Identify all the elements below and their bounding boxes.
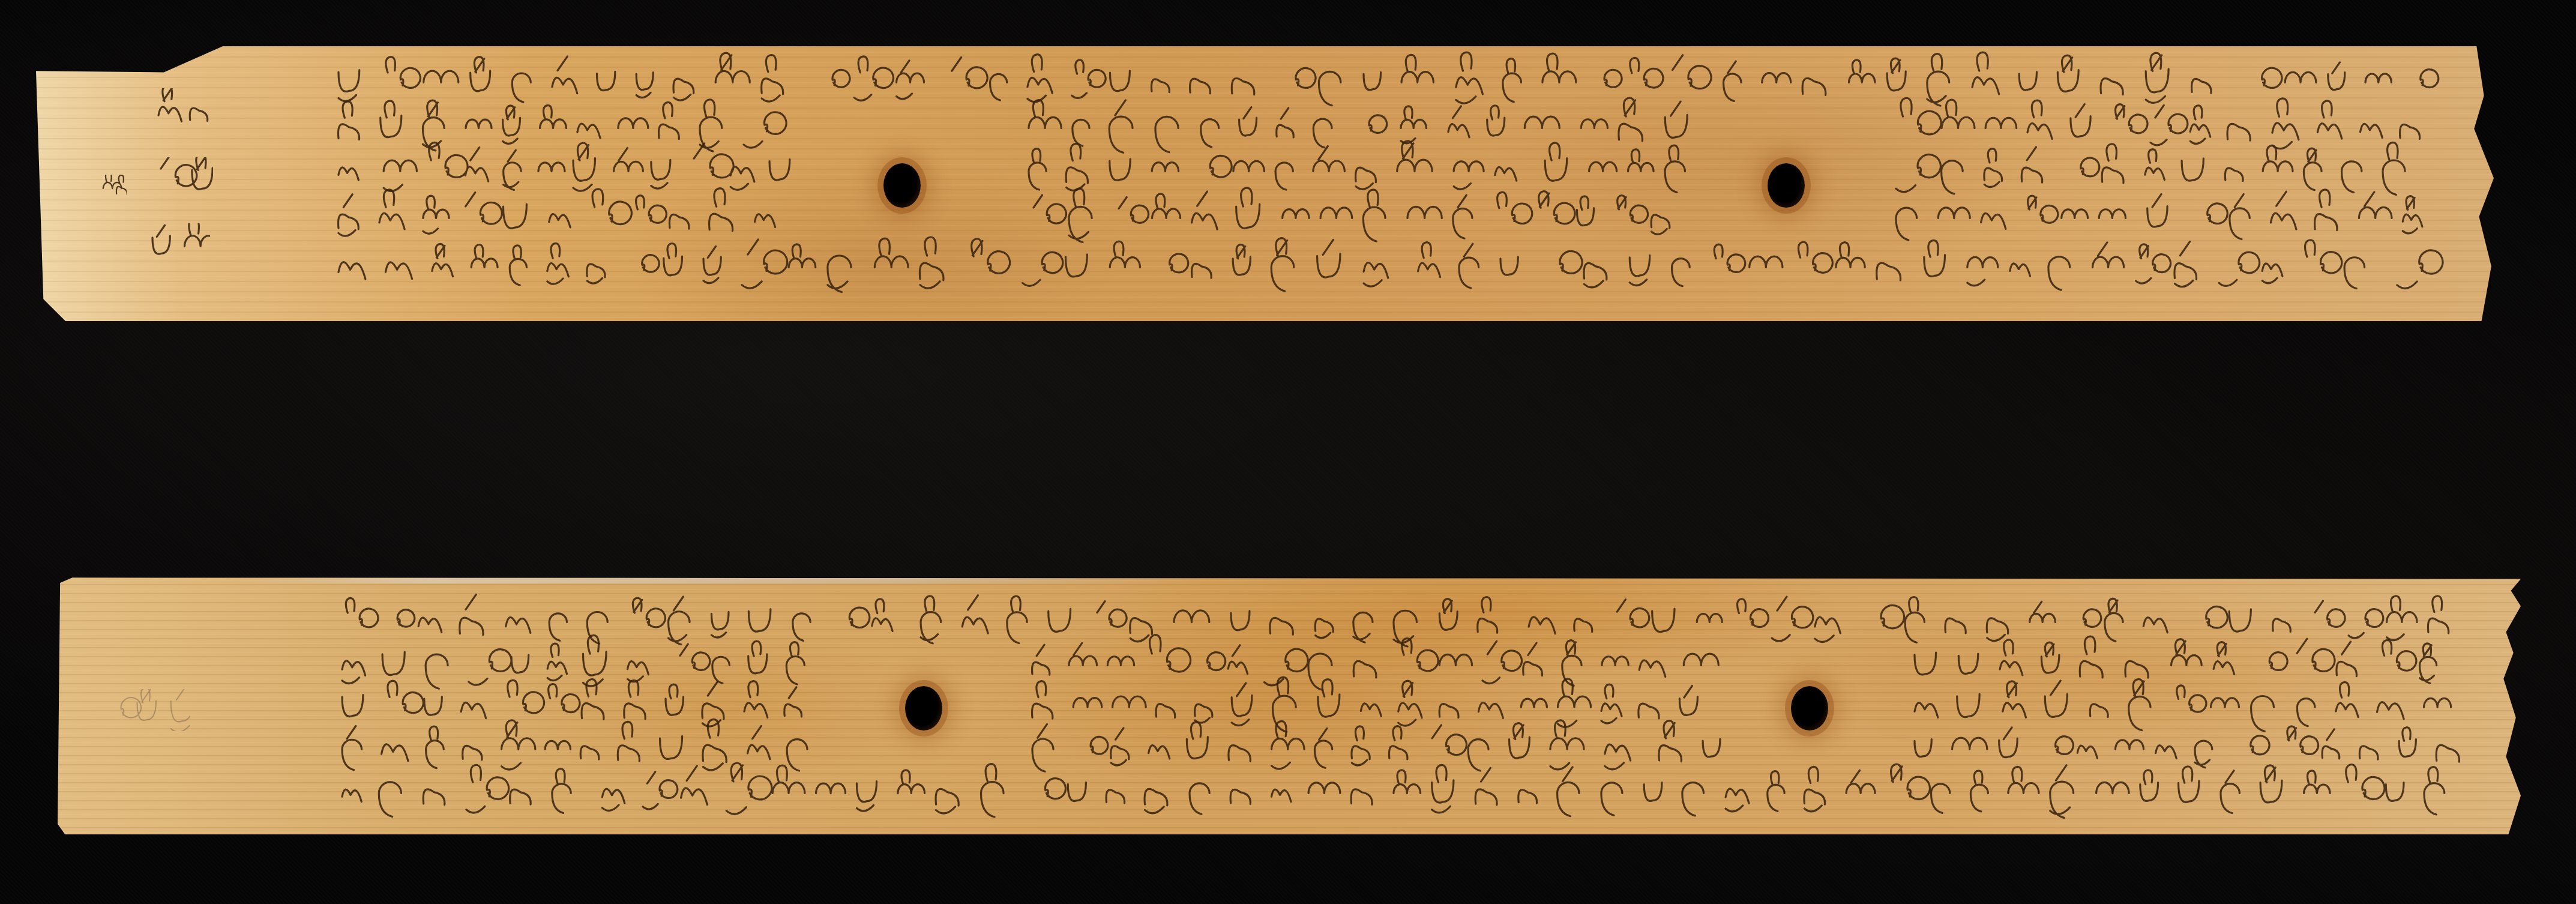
text-line-3-middle: ဿ၁ဂံဂဏ္ဍိဂြိ ဝေဝဒ၁ဝ ဝည္ဏိဏံ ဝည္ဇူဟိဝေဝေ … — [1026, 148, 1699, 190]
handwritten-script-strokes — [101, 175, 127, 200]
text-line-1: ဝေ၁ကိ ယ၁ဝ သ၁ ခသကံဂြုဏ္ဍသိဂ ဖြ ဏုဂြ ဝ ဿ၁ … — [340, 599, 2464, 641]
handwritten-script-strokes — [340, 642, 820, 684]
text-line-2-left: ဇ္ဈိးဧသေ ခဘဝေဂိဂိဂြိ ဇဂ္ဂဝေ ဒ္ဒံ — [336, 105, 792, 147]
text-line-4-right: ဒ္ဒ ဒ္ဒ ပံ ဿလ ဿ္ဂြိဂြိ ဟံ သဂ္ဂ ယ္ဃ ဂပ္ပ … — [1912, 726, 2452, 768]
handwritten-script-strokes — [336, 244, 2425, 286]
palm-leaf-folio-2: ဝေ၁ကိ ယ၁ဝ သ၁ ခသကံဂြုဏ္ဍသိဂ ဖြ ဏုဂြ ဝ ဿ၁ … — [58, 575, 2521, 834]
text-line-4-left: ဏံ ယ္ဃဝေဏ္ဏံ ဒ္ဒြိကိ ဟိမ္ဗုဒ္ဒြိဗုဂမှာတ္… — [336, 195, 792, 237]
handwritten-script-strokes — [1030, 726, 1726, 768]
handwritten-script-strokes — [340, 684, 820, 726]
handwritten-script-strokes — [1912, 726, 2452, 768]
binding-hole-left — [905, 686, 942, 731]
handwritten-script-strokes — [336, 195, 792, 237]
handwritten-script-strokes — [1894, 148, 2422, 190]
handwritten-script-strokes — [1026, 105, 1699, 147]
text-line-4-right: ဂြုဏ္ဍ ဘဝ ဿ၁ ကီ ဇ္ဈိး ဘဝေ ပိဂိ ဂြ ဇဂ္ဂ — [1894, 195, 2422, 237]
handwritten-script-strokes — [1894, 105, 2422, 147]
text-line-4-left: ဝံ ဂဏ္ဍိ ပိ ဂ္ဂ ယ္ဃ ဒိ ဗွ ဒဌ ဝေ ပိ ဟံ ဝေ… — [340, 726, 820, 768]
handwritten-script-strokes — [1912, 642, 2452, 684]
binding-hole-right — [1768, 163, 1805, 208]
text-line-3-middle: ဝေ၁ ပဂ္ဂဝဂ္ဂ ဝေ၁ ဝံဂြိမှ၁ဝ ဝဏ္ဍံ ပိလံ ဥ … — [1030, 684, 1726, 726]
text-line-2-middle: ဝဏံ ဒ္ဒြိကိ ဟိမ္ဗုဒ္ဒြိဗုဂမှာတ္တံဋိ ဇဂ္ဂ… — [1030, 642, 1726, 684]
text-line-5: ဟိမ္ဗုဒ္ဒြိ မဗုဂ ယ မှ၁ တ္တံ ပိ ဇဂ္ဂ ဥပဥ္… — [340, 770, 2464, 812]
text-line-2-right: ယ္ဃ ဒဌကိဥ္စိဿဂပဝတိဉ္ဇ ဟုကဓ ဒဌဘိပ္ပဂိဒိတ် — [1894, 105, 2422, 147]
handwritten-script-strokes — [1026, 195, 1699, 237]
text-line-3-left: ဇ္ဈူဿဟိဗေ္ဗဂိ သဏ္ဏခပ္ပဂ၁ဝေဝဓုကို — [336, 148, 792, 190]
margin-numeral — [153, 157, 213, 199]
text-line-2-right: ဝေ၁ ယ၁ဝ သ၁ သကံ ဂြုဏ္ဍသိဂ သ၁ ဿ္ဒ၁ ဖြ — [1912, 642, 2452, 684]
handwritten-script-strokes — [1026, 148, 1699, 190]
handwritten-script-strokes — [153, 157, 213, 199]
handwritten-script-strokes — [340, 770, 2464, 812]
margin-numeral — [150, 223, 210, 265]
handwritten-script-strokes — [1912, 684, 2452, 726]
binding-hole-right — [1791, 686, 1828, 731]
text-line-1: ဋ္ဋပါဟုဒ္ဒြိကဏ္ဍဝေဠ္ဌိဝလဝေဿယ္ယဿကဋ္ဌိယဝေဝ… — [336, 59, 2425, 101]
text-line-3-right: ဏ၁ဇ္ဈူ၁ ဂုဒ္ဒသဉ္စ ယ္ဃံမှ မှဟ၁ ဂြဏ္ဍိ ဏံဟ… — [1894, 148, 2422, 190]
margin-note — [101, 175, 127, 200]
handwritten-script-strokes — [150, 223, 210, 265]
pencil-margin-note — [100, 689, 190, 731]
margin-numeral — [156, 88, 210, 130]
handwritten-script-strokes — [1030, 642, 1726, 684]
handwritten-script-strokes — [340, 726, 820, 768]
handwritten-script-strokes — [1894, 195, 2422, 237]
handwritten-script-strokes — [336, 59, 2425, 101]
handwritten-script-strokes — [1030, 684, 1726, 726]
text-line-2-left: ဏ္ဍ ဟ ဃဂ္ဂ တဒိ ကဏ္ဍ ကြိဟံ ဝဏံဂိ — [340, 642, 820, 684]
handwritten-script-strokes — [340, 599, 2464, 641]
text-line-4-middle: ဒိ ဝေဿ၁ ဒမ္ဗ ဒဂ္ဂ ယ္ဃ ဒဗြိ ဆ ဂ္ဂြိ ဖြ ဒ္… — [1030, 726, 1726, 768]
handwritten-script-strokes — [336, 148, 792, 190]
handwritten-script-strokes — [156, 88, 210, 130]
binding-hole-left — [883, 163, 921, 208]
palm-leaf-folio-1: ဋ္ဋပါဟုဒ္ဒြိကဏ္ဍဝေဠ္ဌိဝလဝေဿယ္ယဿကဋ္ဌိယဝေဝ… — [36, 46, 2494, 321]
text-line-2-middle: ဒ္ဒြ ဒဌ၁ဏာသိဝေ၁ဖုဏ္ဏ ဒဌကီဥ္စသံဝေပဝတီယံဂေ… — [1026, 105, 1699, 147]
handwritten-script-strokes — [100, 689, 190, 731]
text-line-3-left: ဒ္ဒ ဘဝ ဿ၁ ကီ ဇ္ဈိး ဂုဇ္ဇိ ဂိဂြ ဇဂ္ဂဝ — [340, 684, 820, 726]
text-line-4-middle: ဗ္ဗဂ္ဂဥ ပဥ္စိကဇဂ္ဂဏ္ဍာ ဝေ၁ကိ ယ၁ဝ သ၁ သကံဂ… — [1026, 195, 1699, 237]
handwritten-script-strokes — [336, 105, 792, 147]
text-line-3-right: ကိဂ္ဂ ကိ ဂိဂိ ဂူ ဝေ၁ ဝံ ဂ္ဂ ဋိ ဥဂ္ဂ ပိ ဂ… — [1912, 684, 2452, 726]
text-line-5: ဝေ၁ ဒဌိ ဂ ဟတ္ထိ ဝေ၁ဂုဏ္ဍလဝေဿယ္ယ ဝဏံ ယ္ဃဝ… — [336, 244, 2425, 286]
